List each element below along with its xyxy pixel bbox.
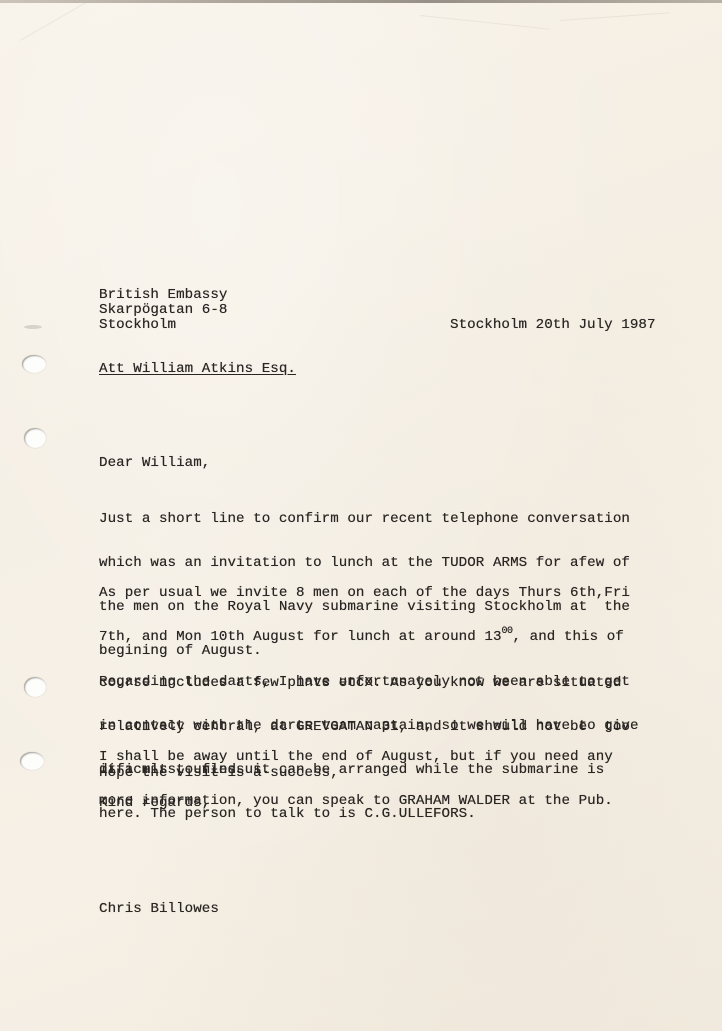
paragraph-1-line: Just a short line to confirm our recent … (99, 512, 679, 527)
punch-hole (24, 677, 46, 697)
sender-address-line-3: Stockholm (99, 318, 176, 333)
paper-top-edge (0, 0, 722, 3)
closing-wish: Hope the visit is a success, (99, 766, 339, 781)
paper-smudge (24, 325, 42, 329)
paragraph-2-text: Thurs 6th,Fri (519, 585, 630, 601)
letter-page: British Embassy Skarpögatan 6-8 Stockhol… (0, 0, 722, 1031)
dateline: Stockholm 20th July 1987 (450, 318, 656, 333)
sender-address-line-1: British Embassy (99, 288, 227, 303)
punch-hole (20, 752, 44, 770)
time-superscript: 00 (502, 626, 513, 637)
paragraph-2-text: 7th, and Mon 10th August for lunch at ar… (99, 629, 502, 645)
signature-name: Chris Billowes (99, 902, 219, 917)
paragraph-3-line: Regarding the darts, I have unfortunatel… (99, 675, 679, 690)
sender-address-line-2: Skarpögatan 6-8 (99, 303, 227, 318)
punch-hole (22, 355, 46, 373)
punch-hole (24, 428, 46, 448)
attention-line: Att William Atkins Esq. (99, 362, 296, 377)
salutation: Dear William, (99, 456, 210, 471)
paper-crease (20, 0, 90, 41)
closing: Kind regards, (99, 796, 210, 811)
paragraph-2-line: As per usual we invite 8 men on each of … (99, 586, 679, 601)
paper-crease (560, 12, 670, 21)
paragraph-2-text: , and this of (513, 629, 624, 645)
paragraph-4-line: I shall be away until the end of August,… (99, 750, 679, 765)
paragraph-2-line: 7th, and Mon 10th August for lunch at ar… (99, 630, 679, 647)
paragraph-2-text: As per usual we invite 8 men on each of … (99, 585, 510, 601)
paper-crease (420, 15, 549, 30)
